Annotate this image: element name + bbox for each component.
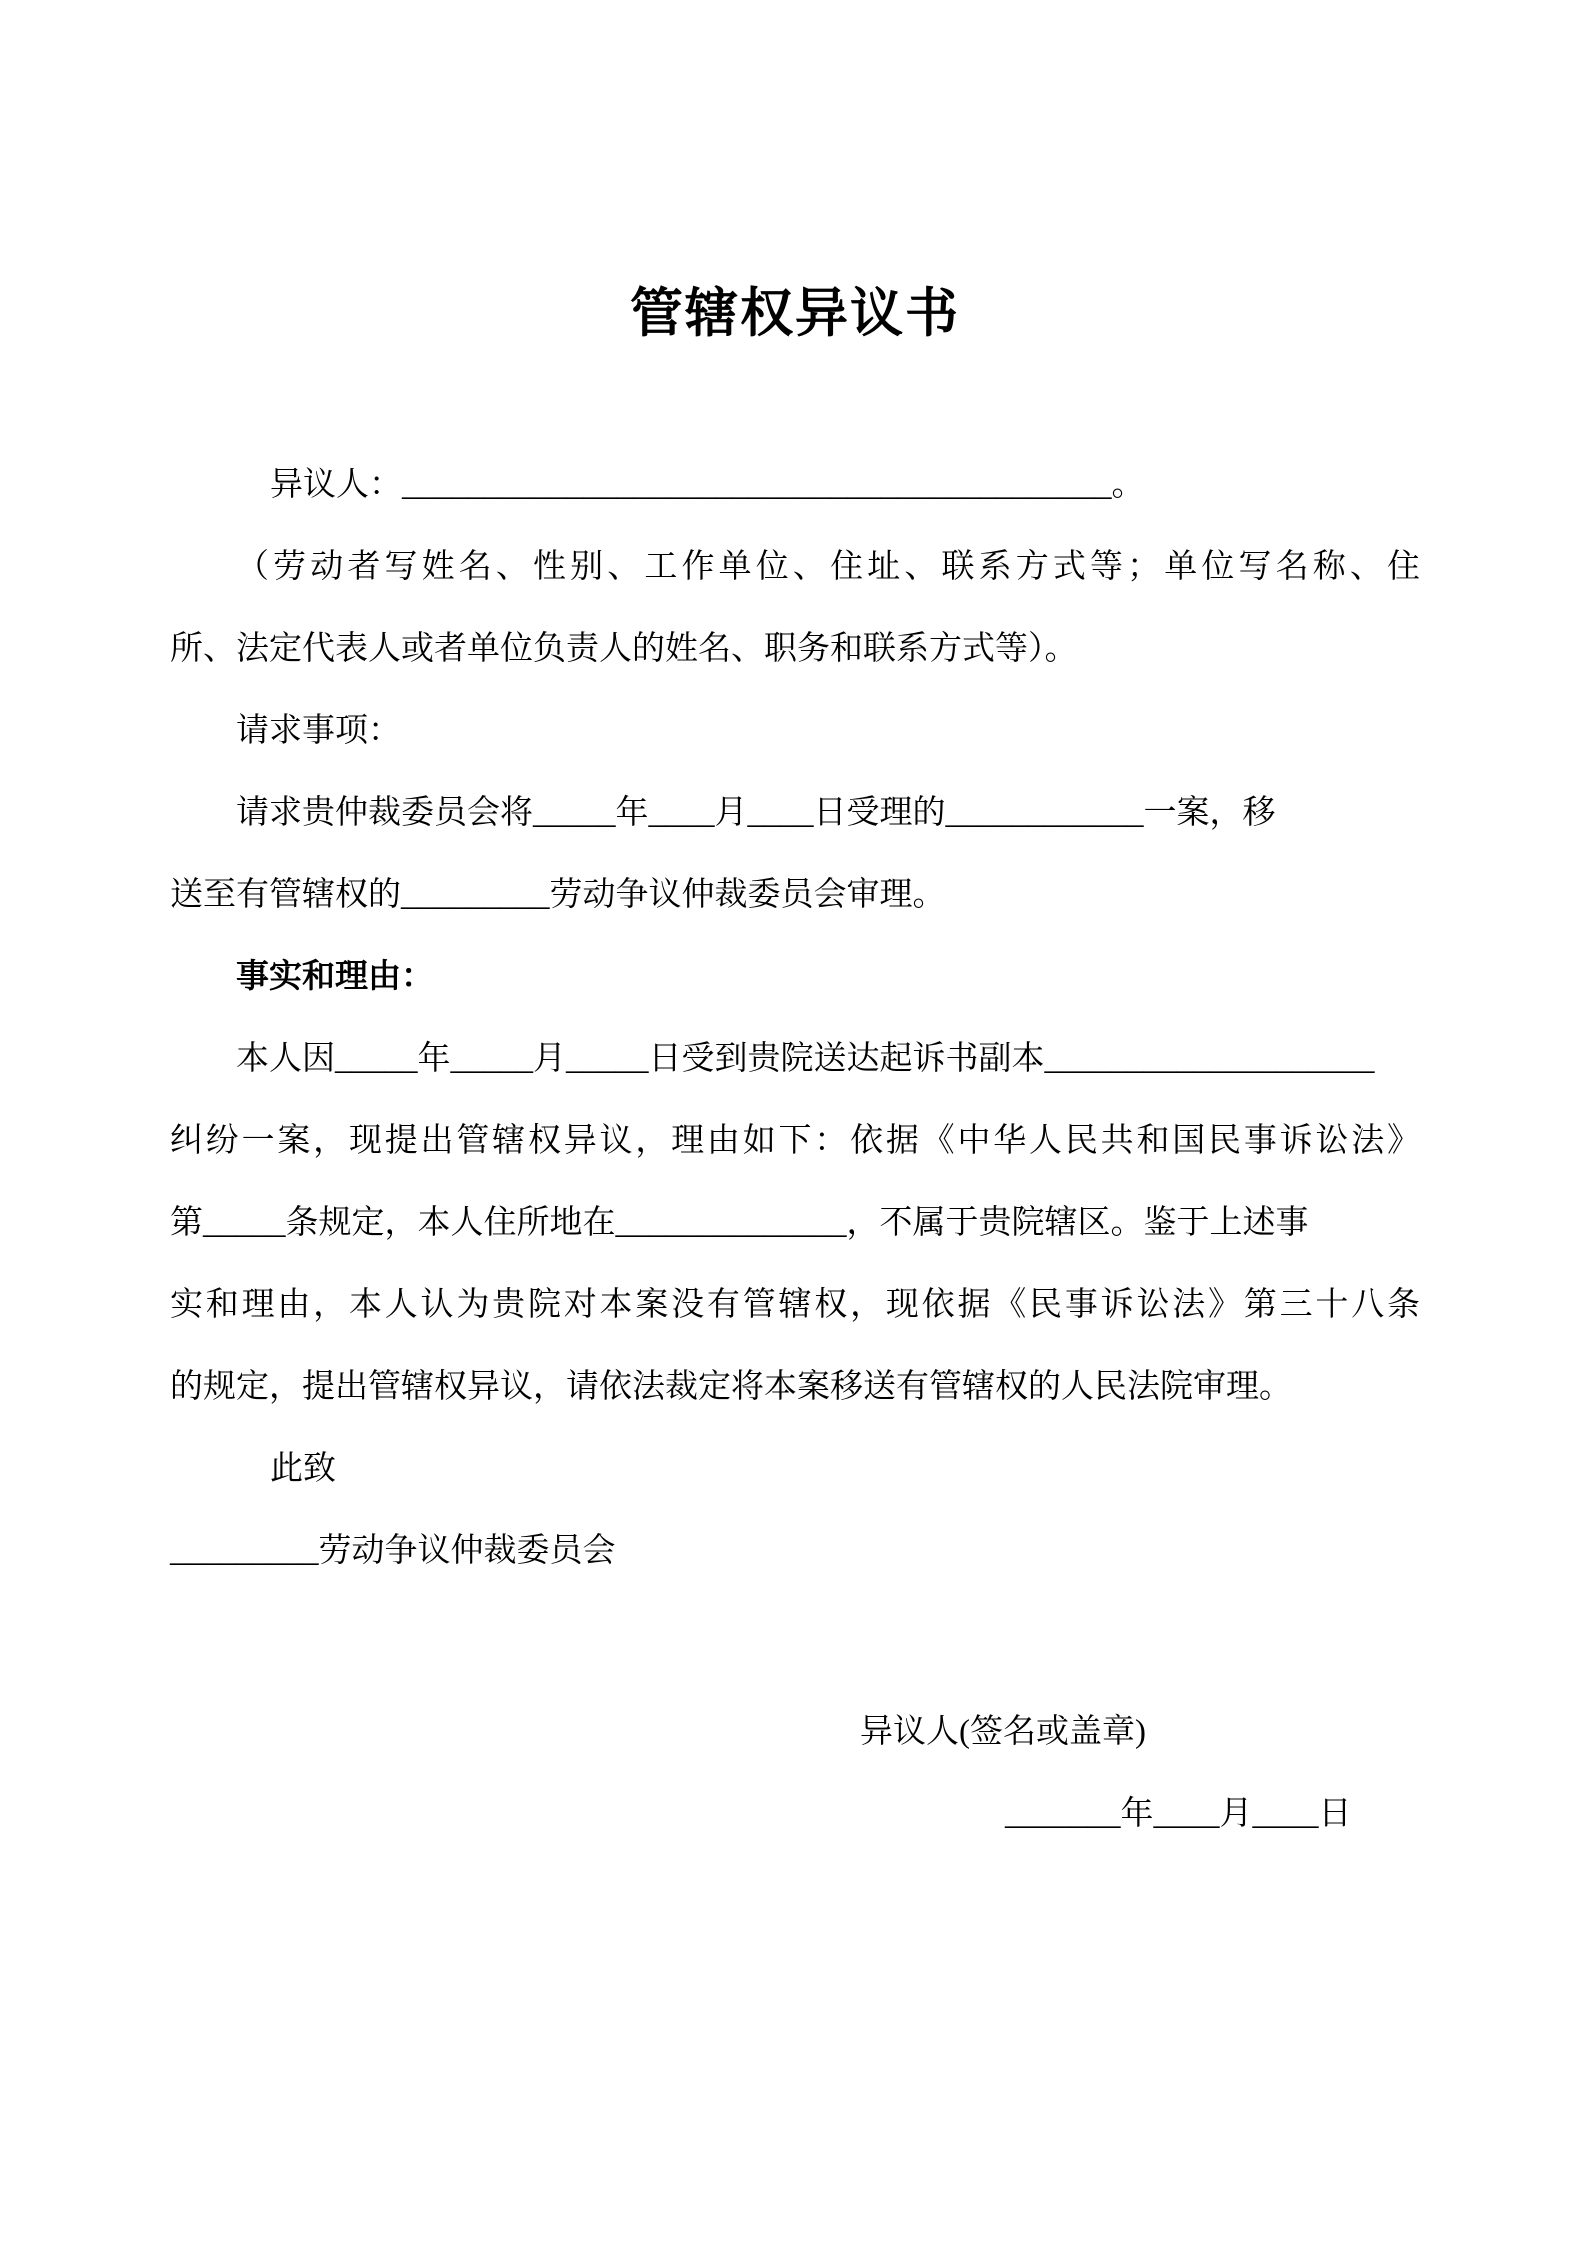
request-paragraph-line-1: 请求贵仲裁委员会将_____年____月____日受理的____________… <box>170 772 1420 854</box>
facts-section-heading: 事实和理由： <box>170 936 1420 1018</box>
objector-blank-line: 异议人：____________________________________… <box>170 444 1420 526</box>
closing-salutation: 此致 <box>170 1428 1420 1510</box>
document-body: 异议人：____________________________________… <box>170 444 1420 1855</box>
document-content: 管辖权异议书 异议人：_____________________________… <box>0 0 1587 2245</box>
facts-paragraph-line-5: 的规定，提出管辖权异议，请依法裁定将本案移送有管辖权的人民法院审理。 <box>170 1346 1420 1428</box>
facts-paragraph-line-3: 第_____条规定，本人住所地在______________，不属于贵院辖区。鉴… <box>170 1182 1420 1264</box>
committee-blank-line: _________劳动争议仲裁委员会 <box>170 1510 1420 1592</box>
document-title: 管辖权异议书 <box>170 280 1420 349</box>
request-section-heading: 请求事项： <box>170 690 1420 772</box>
request-paragraph-line-2: 送至有管辖权的_________劳动争议仲裁委员会审理。 <box>170 854 1420 936</box>
facts-paragraph-line-4: 实和理由，本人认为贵院对本案没有管辖权，现依据《民事诉讼法》第三十八条 <box>170 1264 1420 1346</box>
date-blank-line: _______年____月____日 <box>1005 1773 1420 1855</box>
signature-block: 异议人(签名或盖章) _______年____月____日 <box>170 1691 1420 1855</box>
document-page: 管辖权异议书 异议人：_____________________________… <box>0 0 1587 2245</box>
note-paragraph-line-2: 所、法定代表人或者单位负责人的姓名、职务和联系方式等）。 <box>170 608 1420 690</box>
facts-paragraph-line-1: 本人因_____年_____月_____日受到贵院送达起诉书副本________… <box>170 1018 1420 1100</box>
facts-paragraph-line-2: 纠纷一案，现提出管辖权异议，理由如下：依据《中华人民共和国民事诉讼法》 <box>170 1100 1420 1182</box>
note-paragraph-line-1: （劳动者写姓名、性别、工作单位、住址、联系方式等；单位写名称、住 <box>170 526 1420 608</box>
signature-label: 异议人(签名或盖章) <box>860 1691 1420 1773</box>
